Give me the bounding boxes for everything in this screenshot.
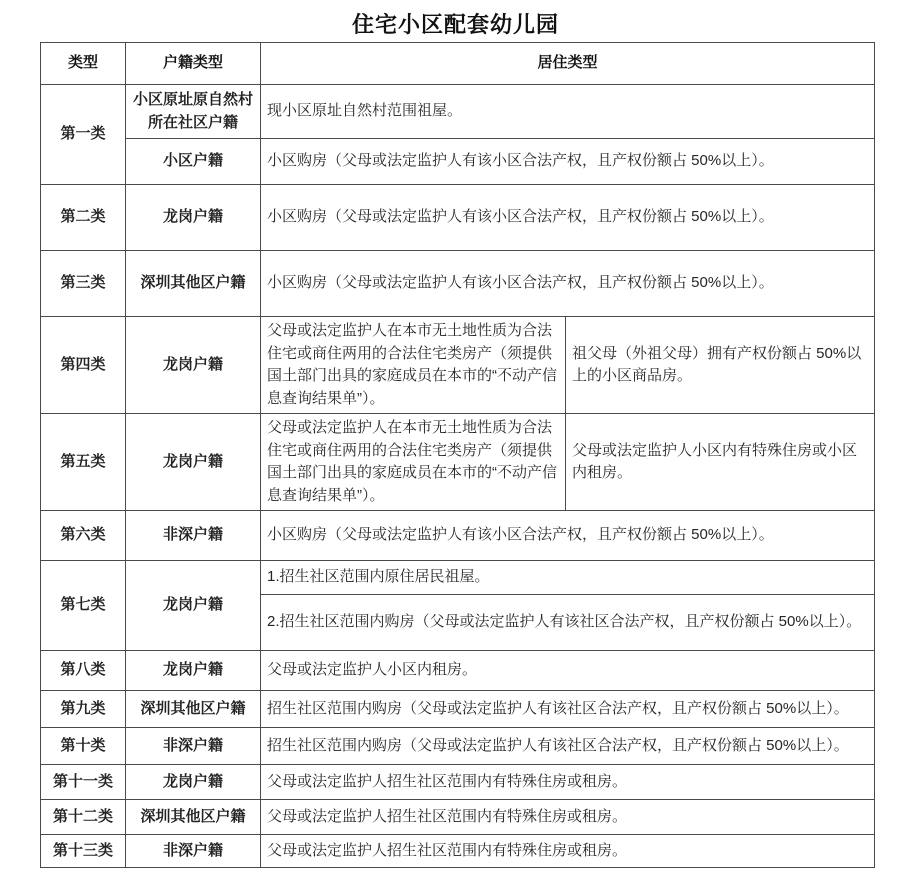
header-hukou: 户籍类型 <box>126 43 261 85</box>
hukou-cell: 深圳其他区户籍 <box>126 800 261 835</box>
document-page: 住宅小区配套幼儿园 类型 户籍类型 居住类型 第一类 小区原址原自然村所在社区户… <box>0 0 911 877</box>
header-row: 类型 户籍类型 居住类型 <box>41 43 875 85</box>
hukou-cell: 小区原址原自然村所在社区户籍 <box>126 85 261 139</box>
type-cell: 第一类 <box>41 85 126 185</box>
header-residence: 居住类型 <box>261 43 875 85</box>
table-row: 第六类 非深户籍 小区购房（父母或法定监护人有该小区合法产权，且产权份额占 50… <box>41 511 875 561</box>
residence-cell: 父母或法定监护人招生社区范围内有特殊住房或租房。 <box>261 800 875 835</box>
residence-cell-left: 父母或法定监护人在本市无土地性质为合法住宅或商住两用的合法住宅类房产（须提供国土… <box>261 317 566 414</box>
table-row: 第九类 深圳其他区户籍 招生社区范围内购房（父母或法定监护人有该社区合法产权，且… <box>41 691 875 728</box>
type-cell: 第十二类 <box>41 800 126 835</box>
residence-cell: 2.招生社区范围内购房（父母或法定监护人有该社区合法产权，且产权份额占 50%以… <box>261 595 875 651</box>
type-cell: 第二类 <box>41 185 126 251</box>
residence-cell: 小区购房（父母或法定监护人有该小区合法产权，且产权份额占 50%以上）。 <box>261 139 875 185</box>
header-type: 类型 <box>41 43 126 85</box>
table-row: 第八类 龙岗户籍 父母或法定监护人小区内租房。 <box>41 651 875 691</box>
table-row: 第二类 龙岗户籍 小区购房（父母或法定监护人有该小区合法产权，且产权份额占 50… <box>41 185 875 251</box>
hukou-cell: 龙岗户籍 <box>126 561 261 651</box>
type-cell: 第十三类 <box>41 835 126 868</box>
residence-cell: 父母或法定监护人招生社区范围内有特殊住房或租房。 <box>261 765 875 800</box>
type-cell: 第七类 <box>41 561 126 651</box>
hukou-cell: 龙岗户籍 <box>126 317 261 414</box>
type-cell: 第六类 <box>41 511 126 561</box>
type-cell: 第九类 <box>41 691 126 728</box>
table-row: 第七类 龙岗户籍 1.招生社区范围内原住居民祖屋。 <box>41 561 875 595</box>
table-row: 第十类 非深户籍 招生社区范围内购房（父母或法定监护人有该社区合法产权，且产权份… <box>41 728 875 765</box>
categories-table: 类型 户籍类型 居住类型 第一类 小区原址原自然村所在社区户籍 现小区原址自然村… <box>40 42 875 868</box>
table-row: 第三类 深圳其他区户籍 小区购房（父母或法定监护人有该小区合法产权，且产权份额占… <box>41 251 875 317</box>
type-cell: 第四类 <box>41 317 126 414</box>
residence-cell: 招生社区范围内购房（父母或法定监护人有该社区合法产权，且产权份额占 50%以上）… <box>261 691 875 728</box>
type-cell: 第十类 <box>41 728 126 765</box>
residence-cell: 父母或法定监护人招生社区范围内有特殊住房或租房。 <box>261 835 875 868</box>
table-row: 第四类 龙岗户籍 父母或法定监护人在本市无土地性质为合法住宅或商住两用的合法住宅… <box>41 317 875 414</box>
table-row: 第十一类 龙岗户籍 父母或法定监护人招生社区范围内有特殊住房或租房。 <box>41 765 875 800</box>
table-row: 第十三类 非深户籍 父母或法定监护人招生社区范围内有特殊住房或租房。 <box>41 835 875 868</box>
residence-cell: 招生社区范围内购房（父母或法定监护人有该社区合法产权，且产权份额占 50%以上）… <box>261 728 875 765</box>
type-cell: 第三类 <box>41 251 126 317</box>
residence-cell-left: 父母或法定监护人在本市无土地性质为合法住宅或商住两用的合法住宅类房产（须提供国土… <box>261 414 566 511</box>
type-cell: 第五类 <box>41 414 126 511</box>
hukou-cell: 深圳其他区户籍 <box>126 691 261 728</box>
table-row: 第一类 小区原址原自然村所在社区户籍 现小区原址自然村范围祖屋。 <box>41 85 875 139</box>
hukou-cell: 非深户籍 <box>126 835 261 868</box>
residence-cell-right: 祖父母（外祖父母）拥有产权份额占 50%以上的小区商品房。 <box>566 317 875 414</box>
residence-cell-right: 父母或法定监护人小区内有特殊住房或小区内租房。 <box>566 414 875 511</box>
hukou-cell: 深圳其他区户籍 <box>126 251 261 317</box>
residence-cell: 小区购房（父母或法定监护人有该小区合法产权，且产权份额占 50%以上）。 <box>261 185 875 251</box>
table-row: 小区户籍 小区购房（父母或法定监护人有该小区合法产权，且产权份额占 50%以上）… <box>41 139 875 185</box>
hukou-cell: 小区户籍 <box>126 139 261 185</box>
residence-cell: 小区购房（父母或法定监护人有该小区合法产权，且产权份额占 50%以上）。 <box>261 511 875 561</box>
residence-cell: 父母或法定监护人小区内租房。 <box>261 651 875 691</box>
hukou-cell: 龙岗户籍 <box>126 414 261 511</box>
hukou-cell: 非深户籍 <box>126 511 261 561</box>
type-cell: 第十一类 <box>41 765 126 800</box>
residence-cell: 1.招生社区范围内原住居民祖屋。 <box>261 561 875 595</box>
residence-cell: 现小区原址自然村范围祖屋。 <box>261 85 875 139</box>
hukou-cell: 龙岗户籍 <box>126 651 261 691</box>
type-cell: 第八类 <box>41 651 126 691</box>
residence-cell: 小区购房（父母或法定监护人有该小区合法产权，且产权份额占 50%以上）。 <box>261 251 875 317</box>
hukou-cell: 龙岗户籍 <box>126 185 261 251</box>
hukou-cell: 非深户籍 <box>126 728 261 765</box>
hukou-cell: 龙岗户籍 <box>126 765 261 800</box>
table-row: 第五类 龙岗户籍 父母或法定监护人在本市无土地性质为合法住宅或商住两用的合法住宅… <box>41 414 875 511</box>
table-row: 第十二类 深圳其他区户籍 父母或法定监护人招生社区范围内有特殊住房或租房。 <box>41 800 875 835</box>
page-title: 住宅小区配套幼儿园 <box>0 0 911 34</box>
